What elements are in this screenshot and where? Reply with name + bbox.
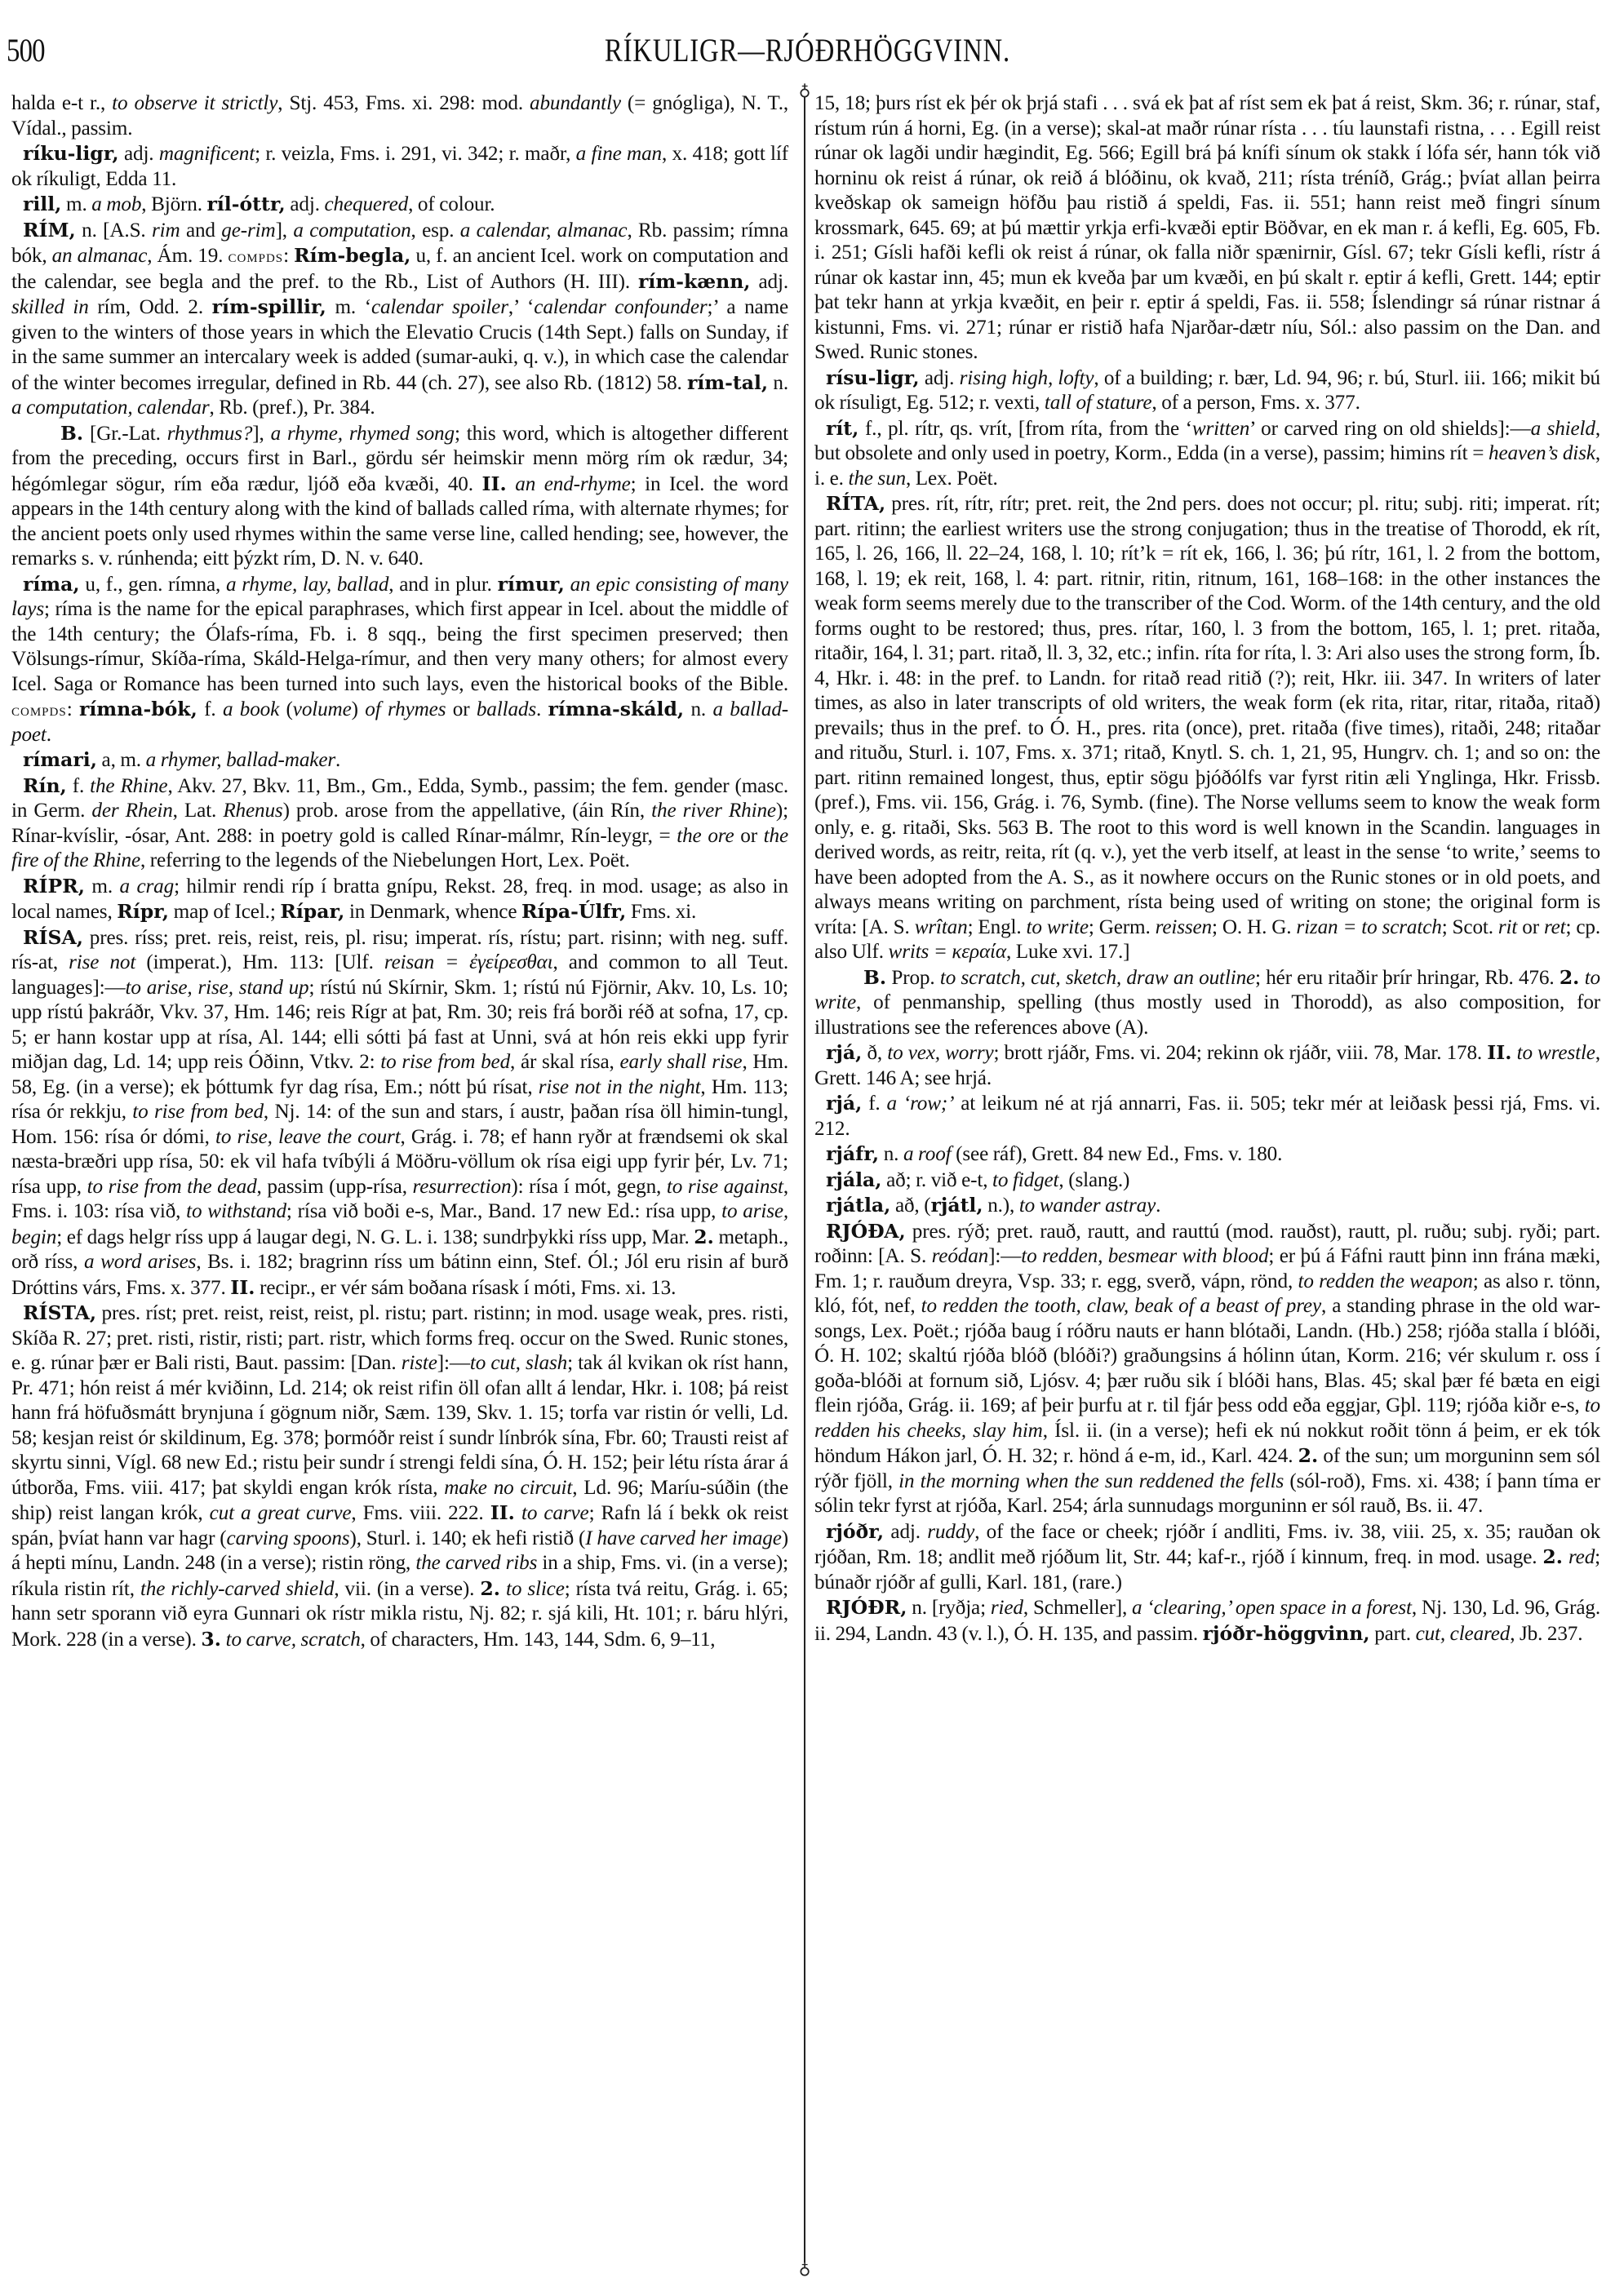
gloss: early shall rise: [619, 1051, 742, 1073]
gloss: reisan = ἐγείρεσθαι: [384, 951, 553, 973]
gloss: a rhyme, rhymed song: [271, 423, 455, 445]
gloss: the Rhine: [90, 775, 167, 797]
headword: RÍTA,: [826, 492, 885, 515]
gloss: rizan = to scratch: [1296, 916, 1441, 938]
entry-text: ; Engl.: [968, 916, 1027, 938]
gloss: a roof: [903, 1143, 952, 1165]
entry-text: .: [335, 749, 340, 771]
entry-text: n.: [684, 698, 712, 720]
gloss: to arise, rise, stand up: [126, 977, 309, 999]
headword: 2.: [1560, 966, 1580, 989]
entry-text: m.: [61, 193, 91, 215]
entry-text: , passim (upp-rísa,: [257, 1176, 413, 1198]
gloss: to rise from bed: [380, 1051, 510, 1073]
gloss: a book: [223, 698, 279, 720]
gloss: to rise against: [667, 1176, 783, 1198]
entry-text: , of colour.: [408, 193, 495, 215]
headword: rjáfr,: [826, 1142, 879, 1165]
gloss: to withstand: [186, 1200, 286, 1222]
gloss: ge-rim: [221, 219, 275, 242]
column-divider: [804, 96, 805, 2263]
entry-text: n.: [768, 372, 788, 394]
dictionary-entry: RÍTA, pres. rít, rítr, rítr; pret. reit,…: [814, 491, 1600, 965]
gloss: to redden the weapon: [1298, 1270, 1472, 1292]
left-column: halda e-t r., to observe it strictly, St…: [11, 91, 788, 1652]
gloss: ried: [991, 1597, 1023, 1619]
dictionary-entry: rjá, f. a ‘row;’ at leikum né at rjá ann…: [814, 1091, 1600, 1141]
entry-text: , Stj. 453, Fms. xi. 298: mod.: [277, 92, 530, 114]
dictionary-entry: RÍSTA, pres. ríst; pret. reist, reist, r…: [11, 1301, 788, 1652]
entry-text: n. [A.S.: [76, 219, 152, 242]
gloss: rising high, lofty: [960, 367, 1094, 389]
entry-text: adj.: [920, 367, 960, 389]
entry-text: .: [536, 698, 548, 720]
entry-text: m. ‘: [326, 296, 371, 318]
gloss: a word arises: [84, 1251, 196, 1273]
entry-text: u, f., gen. rímna,: [80, 574, 226, 596]
headword: rjá,: [826, 1092, 862, 1115]
gloss: volume: [293, 698, 352, 720]
gloss: in the morning when the sun reddened the…: [898, 1470, 1284, 1492]
headword: rímna-bók,: [79, 698, 197, 720]
entry-text: , Ám. 19.: [147, 245, 228, 267]
gloss: Rhenus: [223, 800, 282, 822]
headword: II.: [481, 472, 506, 495]
section-label: compds: [228, 246, 283, 266]
entry-text: ), Sturl. i. 140; ek hefi ristið (: [349, 1527, 585, 1549]
gloss: a rhymer, ballad-maker: [146, 749, 335, 771]
dictionary-entry: RÍM, n. [A.S. rim and ge-rim], a computa…: [11, 218, 788, 421]
entry-text: f., pl. rítr, qs. vrít, [from ríta, from…: [859, 418, 1191, 440]
gloss: the sun: [848, 468, 906, 490]
column-rule-bottom-ornament-icon: ♁: [796, 2260, 813, 2278]
headword: Rípar,: [280, 900, 344, 923]
entry-text: , Fms. viii. 222.: [351, 1502, 490, 1524]
gloss: of rhymes: [365, 698, 446, 720]
headword: Rín,: [23, 774, 67, 797]
entry-text: adj.: [751, 271, 788, 293]
headword: RÍM,: [23, 219, 76, 242]
dictionary-entry: rjóðr, adj. ruddy, of the face or cheek;…: [814, 1519, 1600, 1596]
entry-text: , esp.: [411, 219, 460, 242]
headword: rísu-ligr,: [826, 366, 920, 389]
gloss: written: [1192, 418, 1249, 440]
headword: ríma,: [23, 573, 80, 596]
gloss: magnificent: [159, 143, 255, 165]
dictionary-entry: RÍPR, m. a crag; hilmir rendi ríp í brat…: [11, 874, 788, 925]
entry-text: part.: [1370, 1623, 1416, 1645]
gloss: a ‘clearing,’ open space in a forest: [1132, 1597, 1412, 1619]
entry-text: [515, 1502, 521, 1524]
dictionary-entry: rjáfr, n. a roof (see ráf), Grett. 84 ne…: [814, 1141, 1600, 1168]
entry-text: ]:—: [988, 1245, 1021, 1267]
headword: rjála,: [826, 1168, 881, 1191]
headword: rím-kænn,: [638, 270, 750, 293]
entry-text: , ár skal rísa,: [510, 1051, 619, 1073]
running-title: RÍKULIGR—RJÓÐRHÖGGVINN.: [145, 31, 1470, 69]
headword: Rípa-Úlfr,: [521, 900, 626, 923]
entry-text: :: [283, 245, 294, 267]
entry-text: (see ráf), Grett. 84 new Ed., Fms. v. 18…: [952, 1143, 1283, 1165]
entry-text: :: [67, 698, 79, 720]
entry-text: , Lex. Poët.: [906, 468, 998, 490]
entry-text: ; ríma is the name for the epical paraph…: [11, 598, 788, 695]
dictionary-entry: rít, f., pl. rítr, qs. vrít, [from ríta,…: [814, 416, 1600, 492]
entry-text: , of characters, Hm. 143, 144, Sdm. 6, 9…: [361, 1629, 716, 1651]
entry-text: m.: [85, 875, 120, 898]
gloss: cut, cleared: [1416, 1623, 1511, 1645]
headword: 2.: [1298, 1444, 1319, 1467]
dictionary-entry: rill, m. a mob, Björn. ríl-óttr, adj. ch…: [11, 192, 788, 218]
gloss: rise not in the night: [539, 1076, 701, 1098]
entry-text: [500, 1578, 506, 1600]
headword: 2.: [480, 1577, 500, 1600]
gloss: a fine man: [576, 143, 662, 165]
headword: RJÓÐA,: [826, 1220, 906, 1243]
gloss: to slice: [506, 1578, 565, 1600]
gloss: to rise, leave the court: [215, 1126, 401, 1148]
headword: Rípr,: [117, 900, 169, 923]
entry-text: [565, 574, 570, 596]
gloss: wrîtan: [915, 916, 968, 938]
headword: rímari,: [23, 748, 97, 771]
entry-text: , and in plur.: [388, 574, 497, 596]
entry-text: að; r. við e-t,: [881, 1169, 992, 1191]
dictionary-entry: rjátla, að, (rjátl, n.), to wander astra…: [814, 1193, 1600, 1219]
dictionary-entry: B. [Gr.-Lat. rhythmus?], a rhyme, rhymed…: [11, 421, 788, 572]
gloss: a shield: [1531, 418, 1595, 440]
entry-text: , Jb. 237.: [1510, 1623, 1582, 1645]
dictionary-entry: rjála, að; r. við e-t, to fidget, (slang…: [814, 1168, 1600, 1194]
entry-text: f.: [197, 698, 223, 720]
headword: RÍSA,: [23, 926, 83, 949]
headword: II.: [1487, 1041, 1511, 1064]
entry-text: or: [446, 698, 476, 720]
gloss: to redden the tooth, claw, beak of a bea…: [921, 1295, 1321, 1317]
gloss: reissen: [1156, 916, 1212, 938]
headword: Rím-begla,: [294, 244, 410, 267]
entry-text: ; rísa við boði e-s, Mar., Band. 17 new …: [286, 1200, 721, 1222]
entry-text: f.: [862, 1093, 886, 1115]
entry-text: halda e-t r.,: [11, 92, 112, 114]
gloss: to rise from bed: [132, 1101, 264, 1123]
gloss: ballads: [477, 698, 536, 720]
gloss: make no circuit: [444, 1477, 572, 1499]
gloss: a calendar, almanac: [460, 219, 628, 242]
entry-text: ð,: [862, 1042, 887, 1064]
dictionary-entry: rjá, ð, to vex, worry; brott rjáðr, Fms.…: [814, 1040, 1600, 1091]
entry-text: rím, Odd. 2.: [89, 296, 212, 318]
headword: 2.: [1542, 1545, 1563, 1568]
entry-text: ; r. veizla, Fms. i. 291, vi. 342; r. ma…: [255, 143, 576, 165]
entry-text: ]:—: [437, 1352, 470, 1374]
dictionary-entry: RJÓÐA, pres. rýð; pret. rauð, rautt, and…: [814, 1219, 1600, 1519]
headword: B.: [60, 422, 83, 445]
headword: ríl-óttr,: [207, 193, 286, 215]
entry-text: f.: [67, 775, 90, 797]
gloss: to write: [1027, 916, 1089, 938]
gloss: writs = κεραία: [889, 941, 1006, 963]
entry-text: n.),: [983, 1195, 1019, 1217]
headword: rjá,: [826, 1041, 862, 1064]
gloss: the ore: [677, 825, 734, 847]
gloss: skilled in: [11, 296, 89, 318]
entry-text: , Björn.: [141, 193, 206, 215]
headword: rjátl,: [930, 1194, 983, 1217]
headword: 3.: [201, 1628, 221, 1651]
gloss: calendar spoiler: [371, 296, 508, 318]
gloss: ret: [1544, 916, 1566, 938]
gloss: a mob: [91, 193, 141, 215]
entry-text: Fms. xi.: [626, 901, 696, 923]
headword: RÍPR,: [23, 875, 85, 898]
entry-text: ): [352, 698, 366, 720]
entry-text: 15, 18; þurs ríst ek þér ok þrjá stafi .…: [814, 92, 1600, 363]
entry-text: ; Germ.: [1089, 916, 1156, 938]
gloss: resurrection: [413, 1176, 512, 1198]
gloss: the river Rhine: [651, 800, 776, 822]
gloss: riste: [402, 1352, 437, 1374]
entry-text: , Lat.: [173, 800, 224, 822]
gloss: to observe it strictly: [112, 92, 277, 114]
gloss: to fidget: [992, 1169, 1058, 1191]
entry-text: .: [47, 724, 51, 746]
gloss: to rise from the dead: [87, 1176, 257, 1198]
gloss: abundantly: [530, 92, 621, 114]
gloss: carving spoons: [227, 1527, 350, 1549]
gloss: ruddy: [927, 1521, 974, 1543]
entry-text: , vii. (in a verse).: [334, 1578, 480, 1600]
entry-text: [507, 473, 516, 495]
headword: rjátla,: [826, 1194, 890, 1217]
entry-text: ],: [252, 423, 270, 445]
gloss: der Rhein: [91, 800, 172, 822]
entry-text: and: [180, 219, 222, 242]
entry-text: ; brott rjáðr, Fms. vi. 204; rekinn ok r…: [994, 1042, 1488, 1064]
entry-text: ’ or carved ring on old shields]:—: [1249, 418, 1530, 440]
entry-text: ,’ ‘: [508, 296, 534, 318]
entry-text: (imperat.), Hm. 113: [Ulf.: [135, 951, 384, 973]
gloss: cut a great curve: [210, 1502, 352, 1524]
headword: rímur,: [498, 573, 565, 596]
entry-text: map of Icel.;: [169, 901, 280, 923]
entry-text: , Rb. (pref.), Pr. 384.: [210, 397, 375, 419]
headword: rít,: [826, 417, 859, 440]
headword: II.: [490, 1501, 515, 1524]
entry-text: n. [ryðja;: [907, 1597, 991, 1619]
entry-text: , referring to the legends of the Niebel…: [140, 849, 630, 871]
gloss: to carve, scratch: [226, 1629, 361, 1651]
page-number: 500: [7, 31, 45, 69]
gloss: a computation, calendar: [11, 397, 210, 419]
headword: II.: [230, 1276, 255, 1299]
gloss: an end-rhyme: [515, 473, 630, 495]
headword: rill,: [23, 193, 61, 215]
entry-text: recipr., er vér sám boðana rísask í móti…: [255, 1277, 676, 1299]
gloss: an almanac: [52, 245, 148, 267]
entry-text: .: [1156, 1195, 1160, 1217]
entry-text: [Gr.-Lat.: [83, 423, 167, 445]
entry-text: adj.: [119, 143, 159, 165]
entry-text: (: [279, 698, 293, 720]
headword: rjóðr,: [826, 1520, 884, 1543]
right-column: 15, 18; þurs ríst ek þér ok þrjá stafi .…: [814, 91, 1600, 1647]
gloss: rise not: [69, 951, 135, 973]
gloss: the richly-carved shield: [140, 1578, 334, 1600]
headword: B.: [863, 966, 886, 989]
column-rule-top-ornament-icon: ♁: [796, 82, 813, 100]
headword: rím-tal,: [687, 371, 768, 394]
entry-text: ; Scot.: [1442, 916, 1498, 938]
gloss: to carve: [521, 1502, 589, 1524]
entry-text: ],: [276, 219, 294, 242]
entry-text: , Schmeller],: [1023, 1597, 1132, 1619]
entry-text: , of penmanship, spelling (thus mostly u…: [814, 991, 1600, 1039]
entry-text: a, m.: [97, 749, 146, 771]
gloss: rhythmus?: [167, 423, 253, 445]
section-label: compds: [11, 700, 67, 720]
entry-text: or: [734, 825, 764, 847]
gloss: to vex, worry: [887, 1042, 993, 1064]
gloss: to wander astray: [1019, 1195, 1156, 1217]
entry-text: ; hér eru ritaðir þrír hringar, Rb. 476.: [1255, 967, 1560, 989]
headword: RÍSTA,: [23, 1301, 96, 1324]
entry-text: ): rísa í mót, gegn,: [511, 1176, 667, 1198]
entry-text: pres. rít, rítr, rítr; pret. reit, the 2…: [814, 493, 1600, 938]
gloss: rit: [1498, 916, 1517, 938]
headword: rím-spillir,: [212, 295, 326, 318]
entry-text: , of a person, Fms. x. 377.: [1151, 392, 1360, 414]
gloss: the carved ribs: [415, 1552, 537, 1574]
dictionary-entry: rímari, a, m. a rhymer, ballad-maker.: [11, 747, 788, 773]
gloss: reódan: [932, 1245, 989, 1267]
dictionary-entry: Rín, f. the Rhine, Akv. 27, Bkv. 11, Bm.…: [11, 773, 788, 874]
dictionary-entry: ríma, u, f., gen. rímna, a rhyme, lay, b…: [11, 572, 788, 748]
gloss: red: [1568, 1546, 1595, 1568]
headword: RJÓÐR,: [826, 1596, 907, 1619]
headword: 2.: [694, 1226, 714, 1248]
entry-text: n.: [879, 1143, 903, 1165]
headword: rjóðr-höggvinn,: [1203, 1622, 1370, 1645]
entry-text: adj.: [884, 1521, 927, 1543]
gloss: a rhyme, lay, ballad: [226, 574, 388, 596]
dictionary-entry: ríku-ligr, adj. magnificent; r. veizla, …: [11, 141, 788, 192]
entry-text: Prop.: [886, 967, 940, 989]
dictionary-entry: RJÓÐR, n. [ryðja; ried, Schmeller], a ‘c…: [814, 1595, 1600, 1647]
entry-text: in Denmark, whence: [344, 901, 521, 923]
entry-text: að, (: [890, 1195, 930, 1217]
gloss: rim: [152, 219, 180, 242]
entry-text: ; ef dags helgr ríss upp á laugar degi, …: [56, 1226, 694, 1248]
dictionary-entry: 15, 18; þurs ríst ek þér ok þrjá stafi .…: [814, 91, 1600, 366]
dictionary-entry: halda e-t r., to observe it strictly, St…: [11, 91, 788, 141]
gloss: to wrestle: [1517, 1042, 1595, 1064]
gloss: calendar confounder: [534, 296, 707, 318]
entry-text: , (slang.): [1058, 1169, 1129, 1191]
gloss: heaven’s disk: [1489, 442, 1595, 464]
dictionary-entry: RÍSA, pres. ríss; pret. reis, reist, rei…: [11, 925, 788, 1301]
entry-text: , Luke xvi. 17.]: [1006, 941, 1129, 963]
gloss: to redden, besmear with blood: [1021, 1245, 1268, 1267]
gloss: chequered: [325, 193, 409, 215]
dictionary-entry: rísu-ligr, adj. rising high, lofty, of a…: [814, 366, 1600, 416]
gloss: tall of stature: [1045, 392, 1152, 414]
gloss: to cut, slash: [470, 1352, 567, 1374]
gloss: a computation: [293, 219, 410, 242]
entry-text: adj.: [286, 193, 325, 215]
gloss: to scratch, cut, sketch, draw an outline: [940, 967, 1255, 989]
headword: rímna-skáld,: [548, 698, 685, 720]
entry-text: ; O. H. G.: [1212, 916, 1296, 938]
gloss: a crag: [120, 875, 175, 898]
dictionary-entry: B. Prop. to scratch, cut, sketch, draw a…: [814, 965, 1600, 1041]
gloss: a ‘row;’: [886, 1093, 954, 1115]
entry-text: ) prob. arose from the appellative, (áin…: [283, 800, 652, 822]
entry-text: or: [1517, 916, 1544, 938]
headword: ríku-ligr,: [23, 142, 119, 165]
page-header: 500 RÍKULIGR—RJÓÐRHÖGGVINN.: [0, 31, 1615, 72]
entry-text: [1563, 1546, 1568, 1568]
gloss: I have carved her image: [585, 1527, 782, 1549]
